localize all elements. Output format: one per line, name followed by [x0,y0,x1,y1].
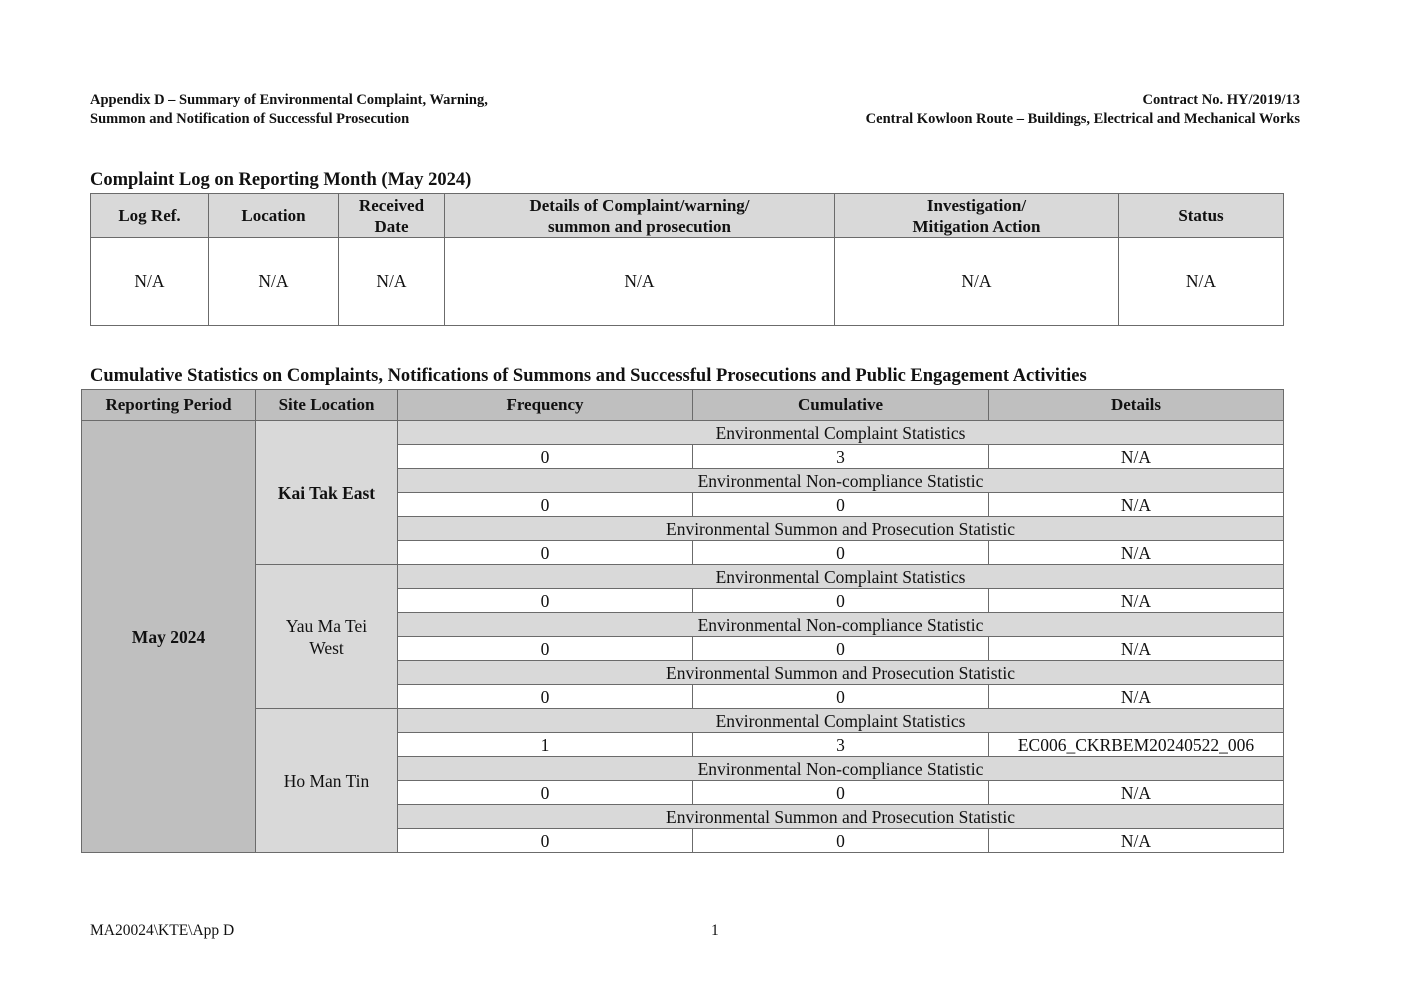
frequency-cell: 0 [398,541,693,565]
column-header-line: Location [209,205,338,226]
details-cell: N/A [989,589,1284,613]
column-header-line: Date [339,216,444,237]
details-cell: N/A [989,685,1284,709]
statistic-category-row: May 2024Kai Tak EastEnvironmental Compla… [82,421,1284,445]
cumulative-statistics-table: Reporting PeriodSite LocationFrequencyCu… [81,389,1284,853]
complaint-log-table: Log Ref.LocationReceivedDateDetails of C… [90,193,1284,326]
cumulative-cell: 0 [693,685,989,709]
site-name-line: Ho Man Tin [256,770,397,792]
statistic-category-label: Environmental Non-compliance Statistic [398,469,1284,493]
complaint-log-row: N/AN/AN/AN/AN/AN/A [91,238,1284,326]
column-header-line: Status [1119,205,1283,226]
site-name-line: West [256,637,397,659]
page-number: 1 [711,922,719,940]
complaint-log-column-header: Investigation/Mitigation Action [835,194,1119,238]
column-header-line: summon and prosecution [445,216,834,237]
contract-number: Contract No. HY/2019/13 [866,91,1300,110]
complaint-log-column-header: Location [209,194,339,238]
details-cell: N/A [989,541,1284,565]
site-location-cell: Kai Tak East [256,421,398,565]
site-location-cell: Ho Man Tin [256,709,398,853]
column-header-line: Details of Complaint/warning/ [445,195,834,216]
complaint-log-cell: N/A [835,238,1119,326]
appendix-title-line1: Appendix D – Summary of Environmental Co… [90,91,488,110]
complaint-log-column-header: Status [1119,194,1284,238]
frequency-cell: 0 [398,829,693,853]
cumulative-cell: 0 [693,637,989,661]
site-name-line: Yau Ma Tei [256,615,397,637]
cumulative-statistics-title: Cumulative Statistics on Complaints, Not… [90,366,1087,387]
column-header-line: Mitigation Action [835,216,1118,237]
statistic-category-label: Environmental Complaint Statistics [398,565,1284,589]
statistic-category-label: Environmental Summon and Prosecution Sta… [398,517,1284,541]
details-cell: N/A [989,637,1284,661]
details-cell: EC006_CKRBEM20240522_006 [989,733,1284,757]
complaint-log-cell: N/A [209,238,339,326]
cumulative-cell: 0 [693,829,989,853]
site-location-cell: Yau Ma TeiWest [256,565,398,709]
appendix-header: Appendix D – Summary of Environmental Co… [90,91,488,129]
contract-header: Contract No. HY/2019/13 Central Kowloon … [866,91,1300,129]
cumulative-header-row: Reporting PeriodSite LocationFrequencyCu… [82,390,1284,421]
details-cell: N/A [989,493,1284,517]
column-header-line: Log Ref. [91,205,208,226]
details-cell: N/A [989,445,1284,469]
complaint-log-cell: N/A [445,238,835,326]
cumulative-column-header: Cumulative [693,390,989,421]
cumulative-cell: 0 [693,493,989,517]
cumulative-cell: 0 [693,781,989,805]
cumulative-cell: 0 [693,541,989,565]
complaint-log-cell: N/A [339,238,445,326]
cumulative-cell: 3 [693,445,989,469]
complaint-log-title: Complaint Log on Reporting Month (May 20… [90,170,471,191]
statistic-category-label: Environmental Complaint Statistics [398,709,1284,733]
frequency-cell: 0 [398,637,693,661]
cumulative-column-header: Reporting Period [82,390,256,421]
details-cell: N/A [989,829,1284,853]
complaint-log-column-header: Details of Complaint/warning/summon and … [445,194,835,238]
appendix-title-line2: Summon and Notification of Successful Pr… [90,110,488,129]
column-header-line: Received [339,195,444,216]
contract-name: Central Kowloon Route – Buildings, Elect… [866,110,1300,129]
cumulative-cell: 3 [693,733,989,757]
cumulative-cell: 0 [693,589,989,613]
complaint-log-cell: N/A [91,238,209,326]
statistic-category-row: Yau Ma TeiWestEnvironmental Complaint St… [82,565,1284,589]
frequency-cell: 0 [398,589,693,613]
frequency-cell: 0 [398,685,693,709]
frequency-cell: 0 [398,445,693,469]
complaint-log-cell: N/A [1119,238,1284,326]
reporting-period-cell: May 2024 [82,421,256,853]
document-reference: MA20024\KTE\App D [90,922,234,940]
details-cell: N/A [989,781,1284,805]
cumulative-column-header: Frequency [398,390,693,421]
site-name-line: Kai Tak East [256,482,397,504]
complaint-log-column-header: ReceivedDate [339,194,445,238]
cumulative-column-header: Details [989,390,1284,421]
statistic-category-row: Ho Man TinEnvironmental Complaint Statis… [82,709,1284,733]
statistic-category-label: Environmental Summon and Prosecution Sta… [398,661,1284,685]
frequency-cell: 0 [398,493,693,517]
complaint-log-column-header: Log Ref. [91,194,209,238]
column-header-line: Investigation/ [835,195,1118,216]
statistic-category-label: Environmental Non-compliance Statistic [398,757,1284,781]
frequency-cell: 0 [398,781,693,805]
statistic-category-label: Environmental Summon and Prosecution Sta… [398,805,1284,829]
complaint-log-header-row: Log Ref.LocationReceivedDateDetails of C… [91,194,1284,238]
statistic-category-label: Environmental Complaint Statistics [398,421,1284,445]
frequency-cell: 1 [398,733,693,757]
cumulative-column-header: Site Location [256,390,398,421]
statistic-category-label: Environmental Non-compliance Statistic [398,613,1284,637]
